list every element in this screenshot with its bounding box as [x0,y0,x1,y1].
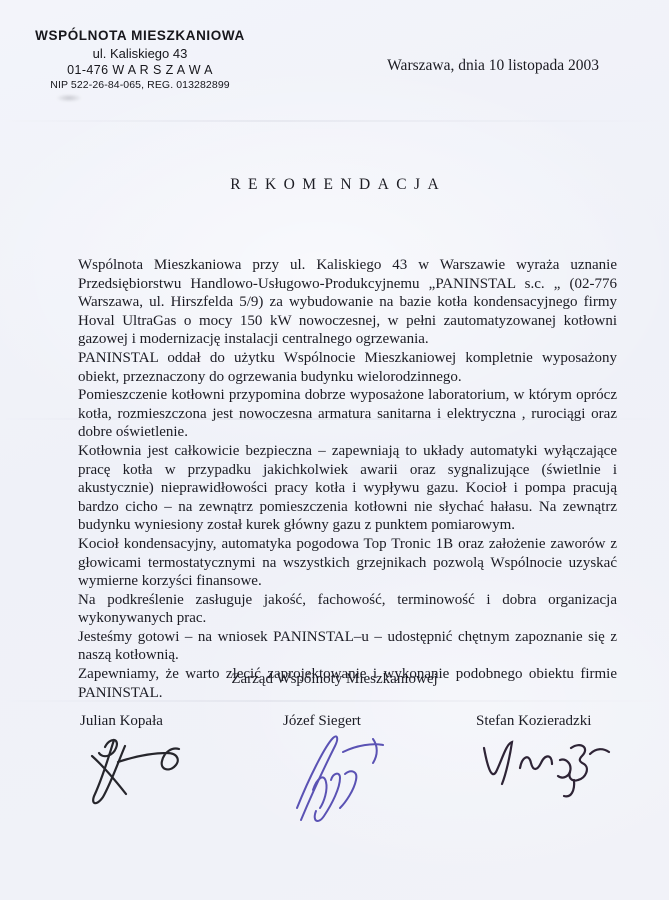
signatory-stefan-kozieradzki: Stefan Kozieradzki [476,713,611,814]
body-paragraph: Na podkreślenie zasługuje jakość, fachow… [78,591,617,628]
letterhead-stamp: WSPÓLNOTA MIESZKANIOWA ul. Kaliskiego 43… [30,28,250,91]
signature-julian-kopala-icon [80,734,190,812]
letterhead-city: 01-476 W A R S Z A W A [30,63,250,77]
letterhead-street: ul. Kaliskiego 43 [30,46,250,61]
body-paragraph: Wspólnota Mieszkaniowa przy ul. Kaliskie… [78,256,617,349]
dateline: Warszawa, dnia 10 listopada 2003 [387,57,599,75]
signatory-name: Józef Siegert [283,713,361,729]
body-paragraph: PANINSTAL oddał do użytku Wspólnocie Mie… [78,349,617,386]
body-paragraph: Jesteśmy gotowi – na wniosek PANINSTAL–u… [78,628,617,665]
paper-crease [0,120,669,122]
signature-jozef-siegert-icon [283,734,393,826]
signatory-jozef-siegert: Józef Siegert [283,713,393,826]
signatory-julian-kopala: Julian Kopała [80,713,190,812]
letterhead-ids: NIP 522-26-84-065, REG. 013282899 [30,79,250,91]
body-paragraph: Kocioł kondensacyjny, automatyka pogodow… [78,535,617,591]
body-paragraph: Kotłownia jest całkowicie bezpieczna – z… [78,442,617,535]
signature-stefan-kozieradzki-icon [476,734,611,814]
signatory-name: Stefan Kozieradzki [476,713,591,729]
signatory-name: Julian Kopała [80,713,163,729]
body-paragraph: Pomieszczenie kotłowni przypomina dobrze… [78,386,617,442]
document-title: REKOMENDACJA [0,176,669,194]
letterhead-org-name: WSPÓLNOTA MIESZKANIOWA [30,28,250,44]
scan-smudge [56,94,82,102]
letter-body: Wspólnota Mieszkaniowa przy ul. Kaliskie… [78,256,617,702]
closing-line: Zarząd Wspólnoty Mieszkaniowej [0,671,669,688]
